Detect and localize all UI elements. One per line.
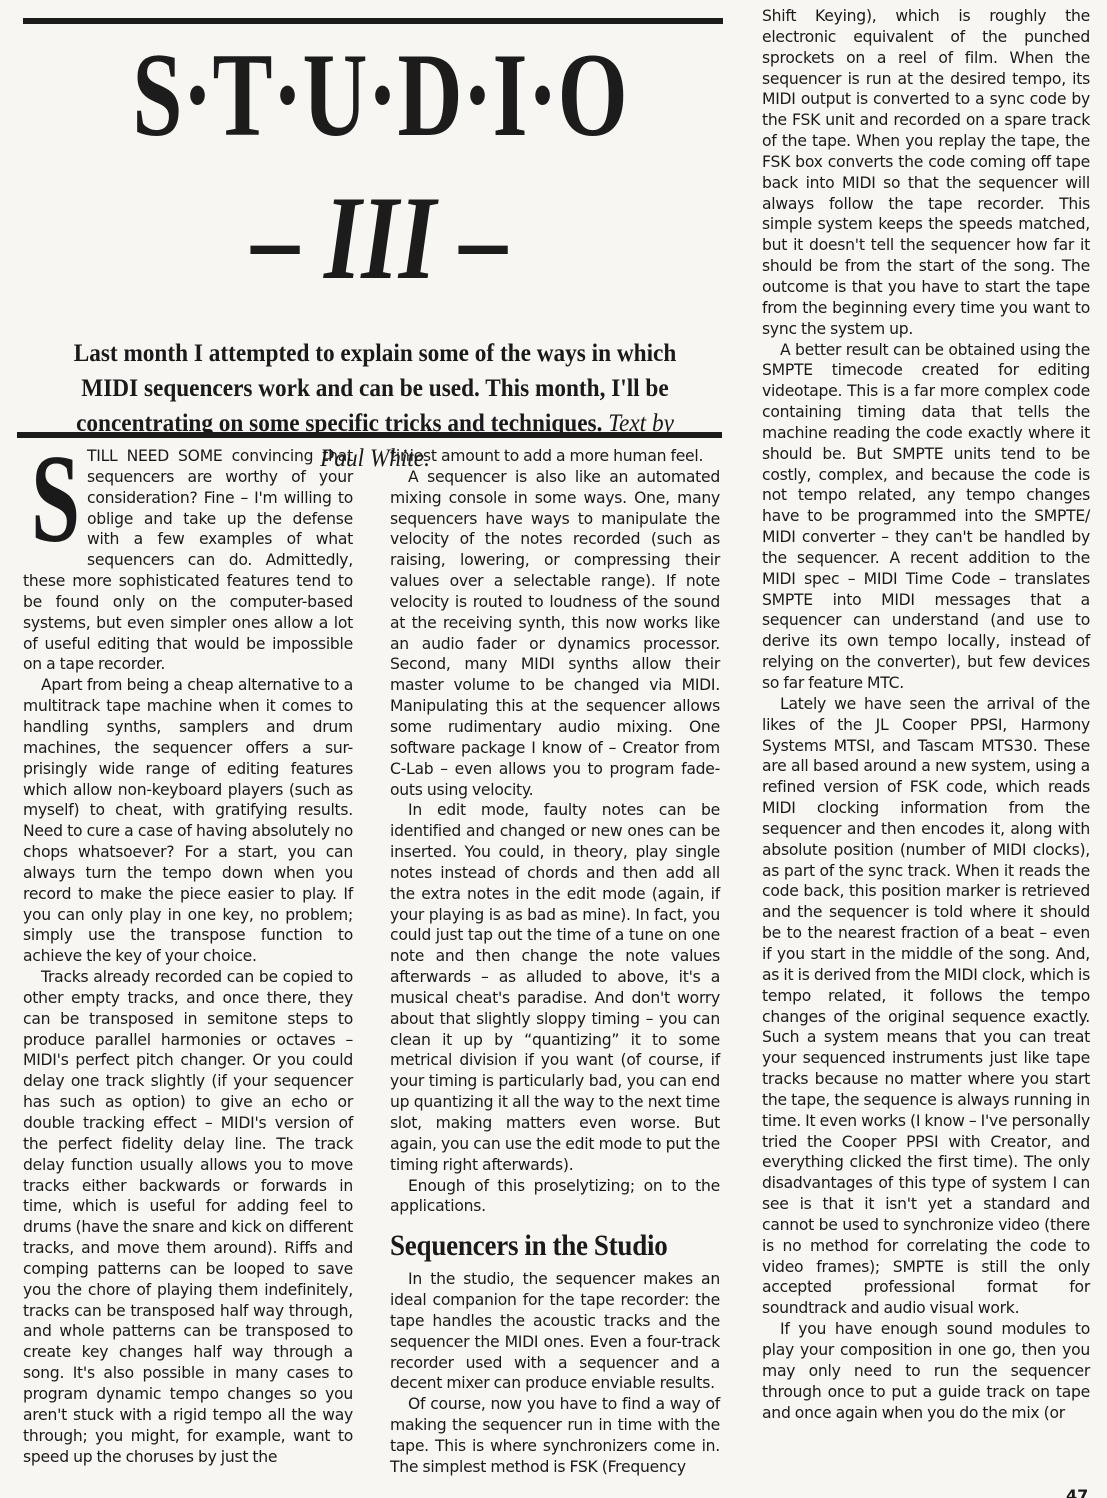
masthead-issue-number: – III – bbox=[108, 178, 652, 298]
paragraph: In edit mode, faulty notes can be identi… bbox=[390, 800, 720, 1175]
standfirst-text: Last month I attempted to explain some o… bbox=[74, 340, 677, 437]
paragraph: If you have enough sound modules to play… bbox=[762, 1319, 1090, 1423]
page-number: 47 bbox=[1066, 1486, 1088, 1498]
paragraph: tiniest amount to add a more human feel. bbox=[390, 446, 720, 467]
masthead-title: S·T·U·D·I·O bbox=[125, 30, 635, 160]
section-rule bbox=[17, 432, 722, 438]
paragraph: Enough of this proselytizing; on to the … bbox=[390, 1176, 720, 1218]
paragraph: S TILL NEED SOME convincing that sequenc… bbox=[23, 446, 353, 675]
paragraph: A better result can be obtained using th… bbox=[762, 340, 1090, 694]
top-rule bbox=[23, 18, 723, 24]
section-heading: Sequencers in the Studio bbox=[390, 1229, 687, 1263]
paragraph: In the studio, the sequencer makes an id… bbox=[390, 1269, 720, 1394]
article-column-3: Shift Keying), which is roughly the elec… bbox=[762, 6, 1090, 1423]
paragraph: A sequencer is also like an automated mi… bbox=[390, 467, 720, 801]
paragraph: Shift Keying), which is roughly the elec… bbox=[762, 6, 1090, 340]
lead-caps: TILL NEED SOME bbox=[87, 447, 223, 465]
paragraph: Of course, now you have to find a way of… bbox=[390, 1394, 720, 1477]
drop-cap: S bbox=[31, 450, 65, 562]
paragraph: Lately we have seen the arrival of the l… bbox=[762, 694, 1090, 1319]
masthead: S·T·U·D·I·O – III – bbox=[40, 30, 720, 298]
paragraph: Apart from being a cheap alternative to … bbox=[23, 675, 353, 967]
article-column-2: tiniest amount to add a more human feel.… bbox=[390, 446, 720, 1478]
paragraph: Tracks already recorded can be copied to… bbox=[23, 967, 353, 1467]
article-column-1: S TILL NEED SOME convincing that sequenc… bbox=[23, 446, 353, 1467]
